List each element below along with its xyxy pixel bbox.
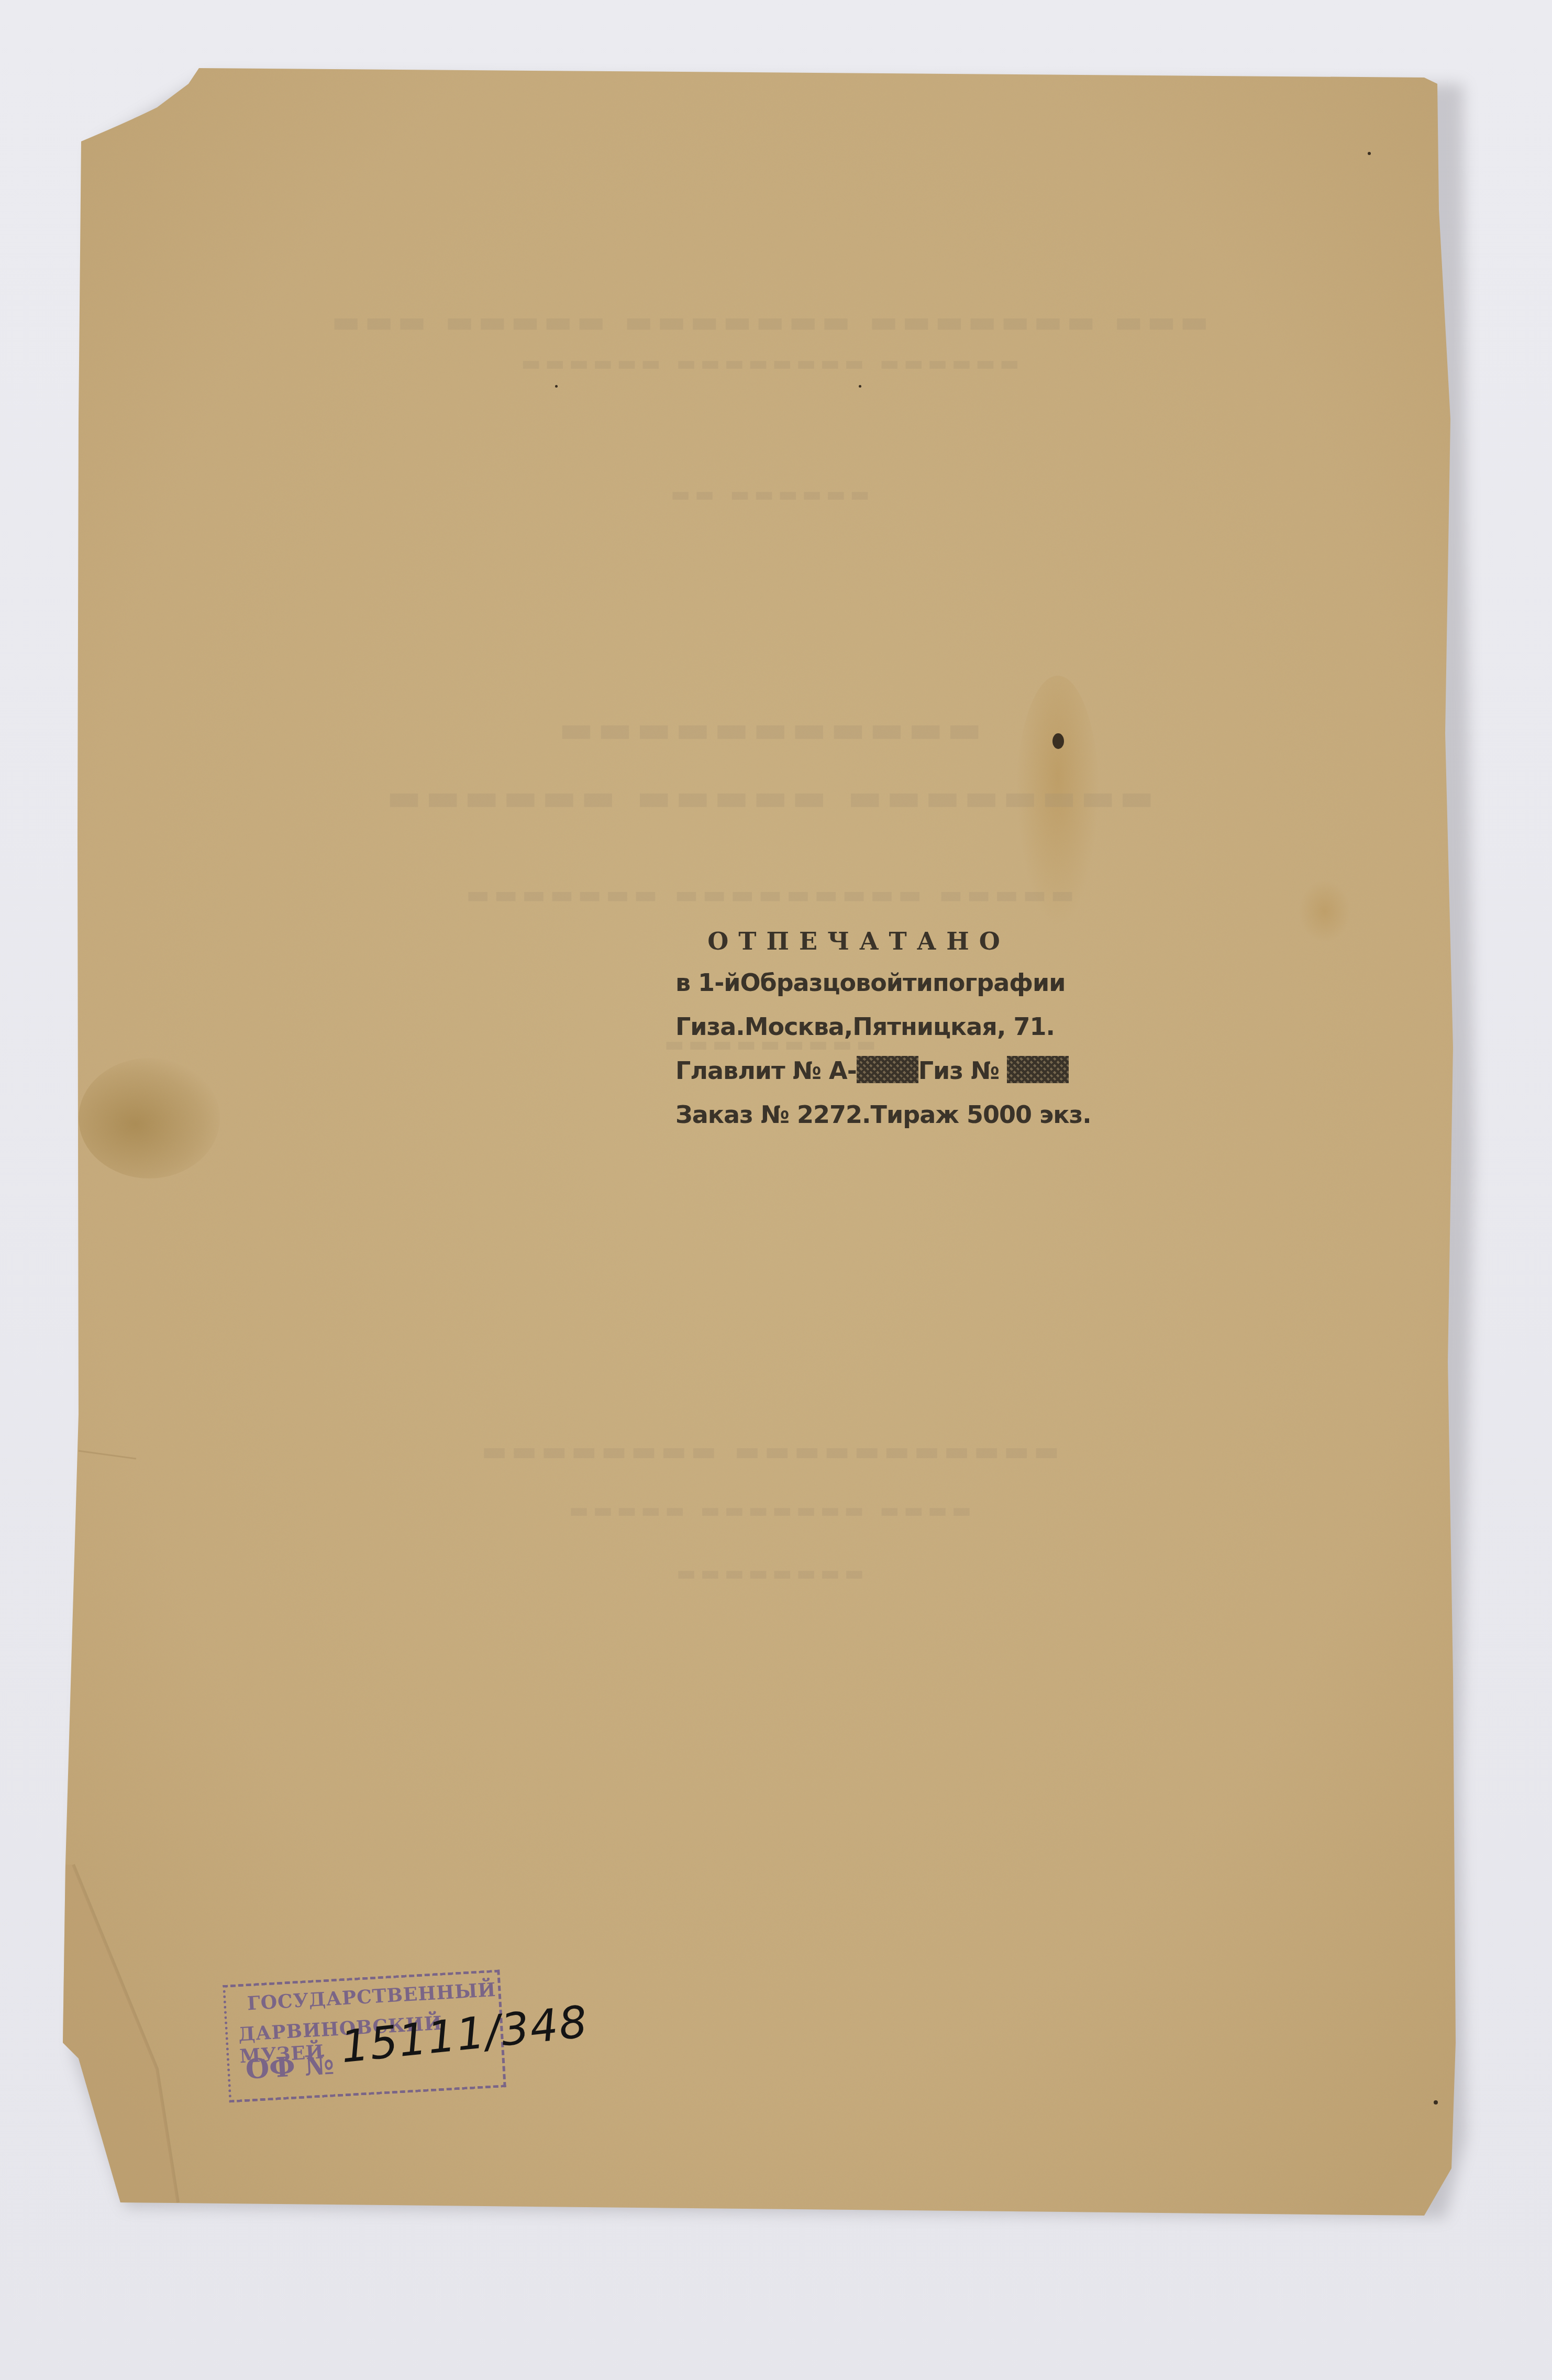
imprint-line-printing-house: в 1-й Образцовой типографии <box>675 961 1026 1005</box>
water-stain <box>79 1058 220 1178</box>
redacted-glavlit-number <box>857 1056 918 1083</box>
show-through-text: ▬▬ ▬▬▬▬▬▬ <box>157 482 1388 506</box>
show-through-text: ▬▬▬▬▬▬▬▬▬▬▬ <box>157 707 1388 751</box>
glavlit-label: Главлит № А- <box>675 1056 857 1085</box>
imprint-text: в 1-й <box>675 961 740 1005</box>
printer-imprint: ОТПЕЧАТАНО в 1-й Образцовой типографии Г… <box>675 922 1026 1137</box>
show-through-text: ▬▬▬▬▬▬▬▬ <box>157 1561 1388 1585</box>
imprint-text: типографии <box>903 961 1065 1005</box>
imprint-title: ОТПЕЧАТАНО <box>675 922 1026 961</box>
print-run: Тираж 5000 экз. <box>871 1093 1091 1137</box>
imprint-line-order: Заказ № 2272. Тираж 5000 экз. <box>675 1093 1026 1137</box>
imprint-text: Пятницкая, 71. <box>852 1005 1055 1049</box>
imprint-line-address: Гиза. Москва, Пятницкая, 71. <box>675 1005 1026 1049</box>
ink-speck <box>555 385 558 388</box>
imprint-text: Образцовой <box>740 961 903 1005</box>
imprint-line-censorship: Главлит № А- Гиз № <box>675 1049 1026 1093</box>
show-through-text: ▬▬▬▬▬ ▬▬▬▬▬▬▬ ▬▬▬▬ <box>157 1498 1388 1523</box>
ink-speck <box>1434 2100 1438 2104</box>
imprint-text: Гиза. <box>675 1005 745 1049</box>
show-through-text: ▬▬▬▬▬▬▬ ▬▬▬▬▬▬▬▬▬ ▬▬▬▬▬ <box>157 880 1388 909</box>
show-through-text: ▬▬▬▬▬▬ ▬▬▬▬▬▬▬▬ ▬▬▬▬▬▬ <box>157 351 1388 376</box>
stamp-line-of-number: ОФ № <box>245 2048 335 2085</box>
giz-label: Гиз № <box>918 1056 1000 1085</box>
redacted-giz-number <box>1007 1056 1069 1083</box>
order-number: Заказ № 2272. <box>675 1093 871 1137</box>
imprint-text: Москва, <box>745 1005 853 1049</box>
show-through-text: ▬▬▬▬▬▬ ▬▬▬▬▬ ▬▬▬▬▬▬▬▬ <box>157 775 1388 819</box>
ink-speck <box>859 385 861 388</box>
show-through-text: ▬▬▬▬▬▬▬▬ ▬▬▬▬▬▬▬▬▬▬▬ <box>157 1435 1388 1467</box>
ink-speck <box>1368 152 1371 155</box>
show-through-text: ▬▬▬ ▬▬▬▬▬ ▬▬▬▬▬▬▬ ▬▬▬▬▬▬▬ ▬▬▬ <box>157 304 1388 339</box>
